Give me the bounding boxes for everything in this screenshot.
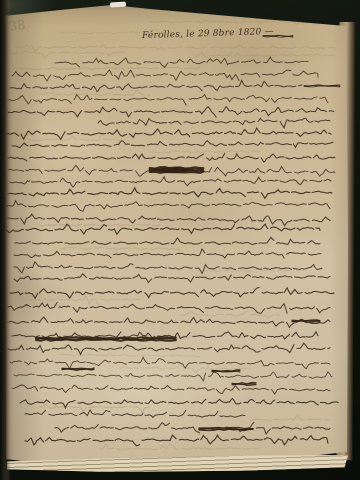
book-binding-edge [0,0,11,480]
manuscript-photo: 38 Férolles, le 29 8bre 1820 — [0,0,360,480]
manuscript-page [0,0,360,480]
page-edge-shading [0,0,360,480]
